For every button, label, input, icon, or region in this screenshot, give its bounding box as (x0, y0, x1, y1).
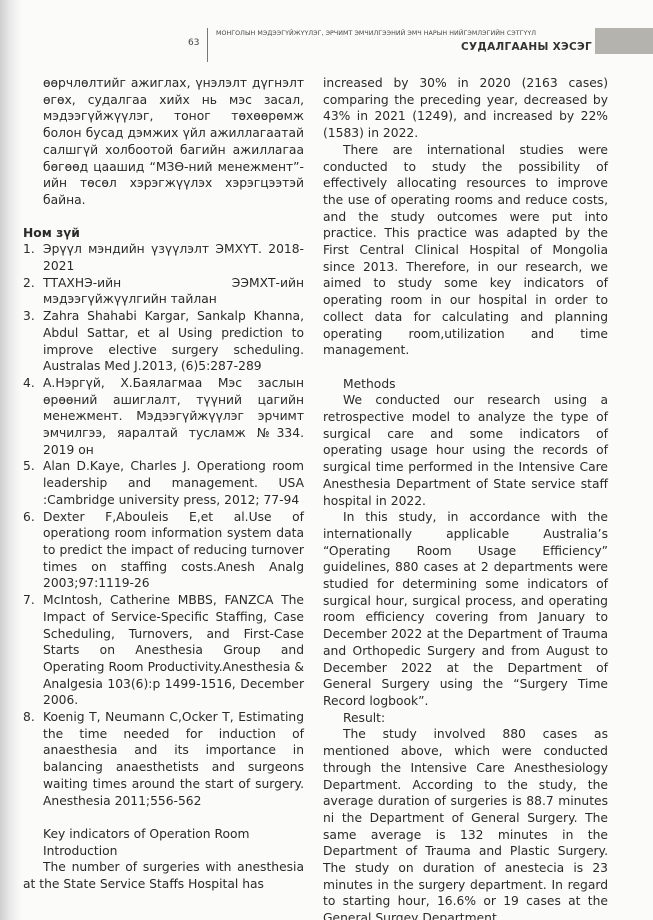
reference-number: 3. (23, 308, 35, 325)
reference-number: 8. (23, 709, 35, 726)
reference-text: Эрүүл мэндийн үзүүлэлт ЭМХҮТ. 2018-2021 (43, 242, 304, 273)
introduction-heading: Introduction (23, 843, 304, 860)
english-title: Key indicators of Operation Room (23, 826, 304, 843)
reference-text: ТТАХНЭ-ийн ЭЭМХТ-ийн мэдээгүйжүүлгийн та… (43, 276, 304, 307)
section-title: СУДАЛГААНЫ ХЭСЭГ (461, 41, 592, 53)
header-accent-block (595, 28, 653, 54)
reference-number: 7. (23, 592, 35, 609)
intro-paragraph: өөрчлөлтийг ажиглах, үнэлэлт дүгнэлт өгө… (23, 75, 304, 209)
result-paragraph: The study involved 880 cases as mentione… (323, 726, 608, 920)
result-heading: Result: (323, 710, 608, 727)
page-header: 63 МОНГОЛЫН МЭДЭЭГҮЙЖҮҮЛЭГ, ЭРЧИМТ ЭМЧИЛ… (0, 0, 653, 62)
page-number: 63 (188, 38, 199, 48)
reference-text: Alan D.Kaye, Charles J. Operationg room … (43, 459, 304, 506)
continued-paragraph: increased by 30% in 2020 (2163 cases) co… (323, 75, 608, 142)
right-column: increased by 30% in 2020 (2163 cases) co… (323, 75, 608, 920)
spacer (23, 809, 304, 826)
reference-item: 6.Dexter F,Abouleis E,et al.Use of opera… (23, 509, 304, 593)
introduction-paragraph: The number of surgeries with anesthesia … (23, 859, 304, 892)
reference-list: 1.Эрүүл мэндийн үзүүлэлт ЭМХҮТ. 2018-202… (23, 241, 304, 809)
reference-text: Koenig T, Neumann C,Ocker T, Estimating … (43, 710, 304, 808)
spacer (323, 359, 608, 376)
methods-paragraph-2: In this study, in accordance with the in… (323, 509, 608, 709)
reference-item: 2.ТТАХНЭ-ийн ЭЭМХТ-ийн мэдээгүйжүүлгийн … (23, 275, 304, 308)
methods-paragraph-1: We conducted our research using a retros… (323, 392, 608, 509)
header-divider (207, 28, 208, 62)
references-heading: Ном зүй (23, 225, 304, 242)
left-column: өөрчлөлтийг ажиглах, үнэлэлт дүгнэлт өгө… (23, 75, 304, 893)
reference-text: А.Нэргүй, Х.Баялагмаа Мэс заслын өрөөний… (43, 376, 304, 457)
reference-item: 7.McIntosh, Catherine MBBS, FANZCA The I… (23, 592, 304, 709)
international-studies-paragraph: There are international studies were con… (323, 142, 608, 359)
reference-item: 5.Alan D.Kaye, Charles J. Operationg roo… (23, 458, 304, 508)
reference-item: 4.А.Нэргүй, Х.Баялагмаа Мэс заслын өрөөн… (23, 375, 304, 459)
reference-text: McIntosh, Catherine MBBS, FANZCA The Imp… (43, 593, 304, 707)
reference-text: Dexter F,Abouleis E,et al.Use of operati… (43, 510, 304, 591)
methods-heading: Methods (323, 376, 608, 393)
page-binding-shadow (0, 0, 22, 920)
reference-item: 3.Zahra Shahabi Kargar, Sankalp Khanna, … (23, 308, 304, 375)
reference-item: 8.Koenig T, Neumann C,Ocker T, Estimatin… (23, 709, 304, 809)
reference-text: Zahra Shahabi Kargar, Sankalp Khanna, Ab… (43, 309, 304, 373)
reference-number: 1. (23, 241, 35, 258)
reference-number: 2. (23, 275, 35, 292)
reference-number: 5. (23, 458, 35, 475)
reference-number: 6. (23, 509, 35, 526)
reference-item: 1.Эрүүл мэндийн үзүүлэлт ЭМХҮТ. 2018-202… (23, 241, 304, 274)
journal-title: МОНГОЛЫН МЭДЭЭГҮЙЖҮҮЛЭГ, ЭРЧИМТ ЭМЧИЛГЭЭ… (216, 30, 536, 37)
reference-number: 4. (23, 375, 35, 392)
